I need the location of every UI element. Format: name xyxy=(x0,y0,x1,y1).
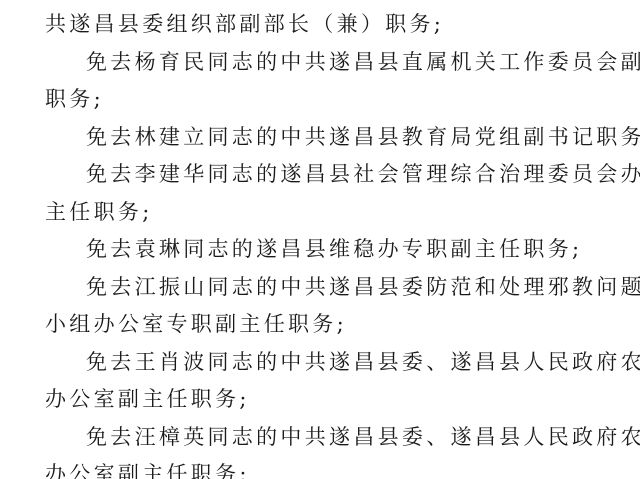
text-line: 免去袁琳同志的遂昌县维稳办专职副主任职务; xyxy=(86,236,582,262)
text-line: 免去江振山同志的中共遂昌县委防范和处理邪教问题领导 xyxy=(86,274,640,300)
text-line: 小组办公室专职副主任职务; xyxy=(45,311,347,337)
text-line: 免去杨育民同志的中共遂昌县直属机关工作委员会副书记 xyxy=(86,49,640,75)
text-line: 办公室副主任职务; xyxy=(45,461,250,479)
text-line: 主任职务; xyxy=(45,199,153,225)
text-line: 办公室副主任职务; xyxy=(45,386,250,412)
text-line: 免去林建立同志的中共遂昌县教育局党组副书记职务; xyxy=(86,124,640,150)
text-line: 免去汪樟英同志的中共遂昌县委、遂昌县人民政府农村工作 xyxy=(86,424,640,450)
text-line: 共遂昌县委组织部副部长（兼）职务; xyxy=(45,11,444,37)
text-line: 免去李建华同志的遂昌县社会管理综合治理委员会办公室 xyxy=(86,161,640,187)
document-page: 共遂昌县委组织部副部长（兼）职务; 免去杨育民同志的中共遂昌县直属机关工作委员会… xyxy=(0,0,640,479)
text-line: 免去王肖波同志的中共遂昌县委、遂昌县人民政府农村工作 xyxy=(86,349,640,375)
text-line: 职务; xyxy=(45,86,104,112)
